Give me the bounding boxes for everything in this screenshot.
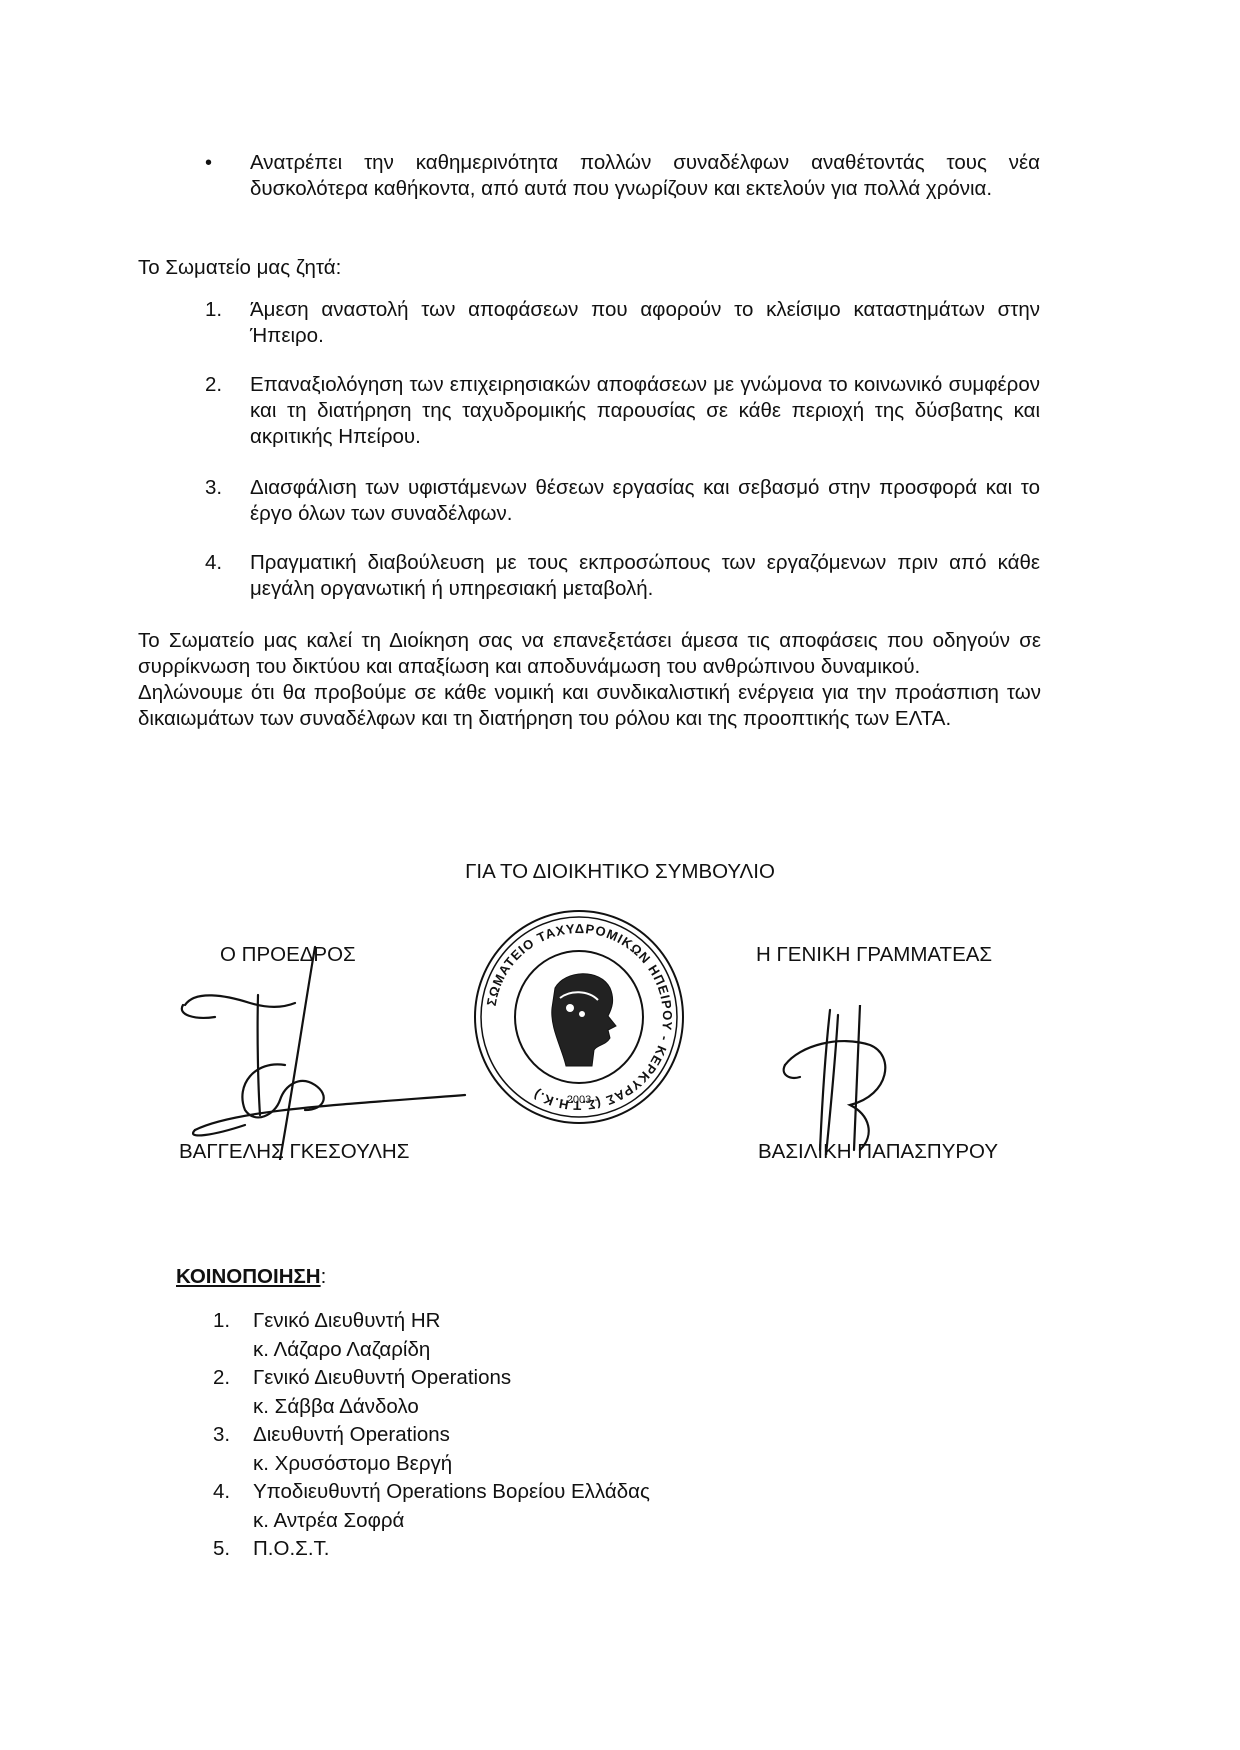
cc-recipient-role: Γενικό Διευθυντή HR [253, 1307, 440, 1336]
president-name: ΒΑΓΓΕΛΗΣ ΓΚΕΣΟΥΛΗΣ [179, 1140, 409, 1164]
demand-number: 2. [205, 372, 222, 398]
demand-text: Πραγματική διαβούλευση με τους εκπροσώπο… [250, 550, 1040, 602]
demands-intro: Το Σωματείο μας ζητά: [138, 255, 341, 281]
demand-number: 3. [205, 475, 222, 501]
demand-number: 4. [205, 550, 222, 576]
closing-section: Το Σωματείο μας καλεί τη Διοίκηση σας να… [138, 628, 1041, 732]
cc-recipient-name: κ. Σάββα Δάνδολο [253, 1393, 419, 1422]
demand-text: Διασφάλιση των υφιστάμενων θέσεων εργασί… [250, 475, 1040, 527]
bullet-text: Ανατρέπει την καθημερινότητα πολλών συνα… [250, 150, 1040, 202]
stamp-year: - 2003 - [560, 1094, 598, 1106]
cc-recipient-name: κ. Αντρέα Σοφρά [253, 1507, 404, 1536]
cc-heading-text: ΚΟΙΝΟΠΟΙΗΣΗ [176, 1265, 321, 1288]
cc-heading: ΚΟΙΝΟΠΟΙΗΣΗ: [176, 1265, 326, 1289]
president-signature-icon [175, 935, 475, 1160]
demand-number: 1. [205, 297, 222, 323]
cc-recipient-name: κ. Λάζαρο Λαζαρίδη [253, 1336, 430, 1365]
secretary-name: ΒΑΣΙΛΙΚΗ ΠΑΠΑΣΠΥΡΟΥ [758, 1140, 998, 1164]
bullet-icon: • [205, 150, 212, 176]
demand-text: Επαναξιολόγηση των επιχειρησιακών αποφάσ… [250, 372, 1040, 450]
closing-paragraph-2: Δηλώνουμε ότι θα προβούμε σε κάθε νομική… [138, 680, 1041, 732]
closing-paragraph-1: Το Σωματείο μας καλεί τη Διοίκηση σας να… [138, 628, 1041, 680]
cc-number: 1. [213, 1307, 230, 1336]
board-heading: ΓΙΑ ΤΟ ΔΙΟΙΚΗΤΙΚΟ ΣΥΜΒΟΥΛΙΟ [0, 860, 1240, 884]
demand-text: Άμεση αναστολή των αποφάσεων που αφορούν… [250, 297, 1040, 349]
cc-recipient-role: Γενικό Διευθυντή Operations [253, 1364, 511, 1393]
secretary-title: Η ΓΕΝΙΚΗ ΓΡΑΜΜΑΤΕΑΣ [756, 943, 992, 967]
letter-page: • Ανατρέπει την καθημερινότητα πολλών συ… [0, 0, 1240, 1750]
cc-heading-suffix: : [321, 1265, 327, 1288]
cc-number: 4. [213, 1478, 230, 1507]
cc-number: 2. [213, 1364, 230, 1393]
cc-recipient-role: Διευθυντή Operations [253, 1421, 450, 1450]
cc-number: 5. [213, 1535, 230, 1564]
secretary-signature-icon [780, 1005, 930, 1155]
cc-recipient-role: Υποδιευθυντή Operations Βορείου Ελλάδας [253, 1478, 650, 1507]
cc-recipient-role: Π.Ο.Σ.Τ. [253, 1535, 329, 1564]
union-stamp-icon: ΣΩΜΑΤΕΙΟ ΤΑΧΥΔΡΟΜΙΚΩΝ ΗΠΕΙΡΟΥ - ΚΕΡΚΥΡΑΣ… [470, 908, 688, 1126]
cc-recipient-name: κ. Χρυσόστομο Βεργή [253, 1450, 452, 1479]
cc-number: 3. [213, 1421, 230, 1450]
